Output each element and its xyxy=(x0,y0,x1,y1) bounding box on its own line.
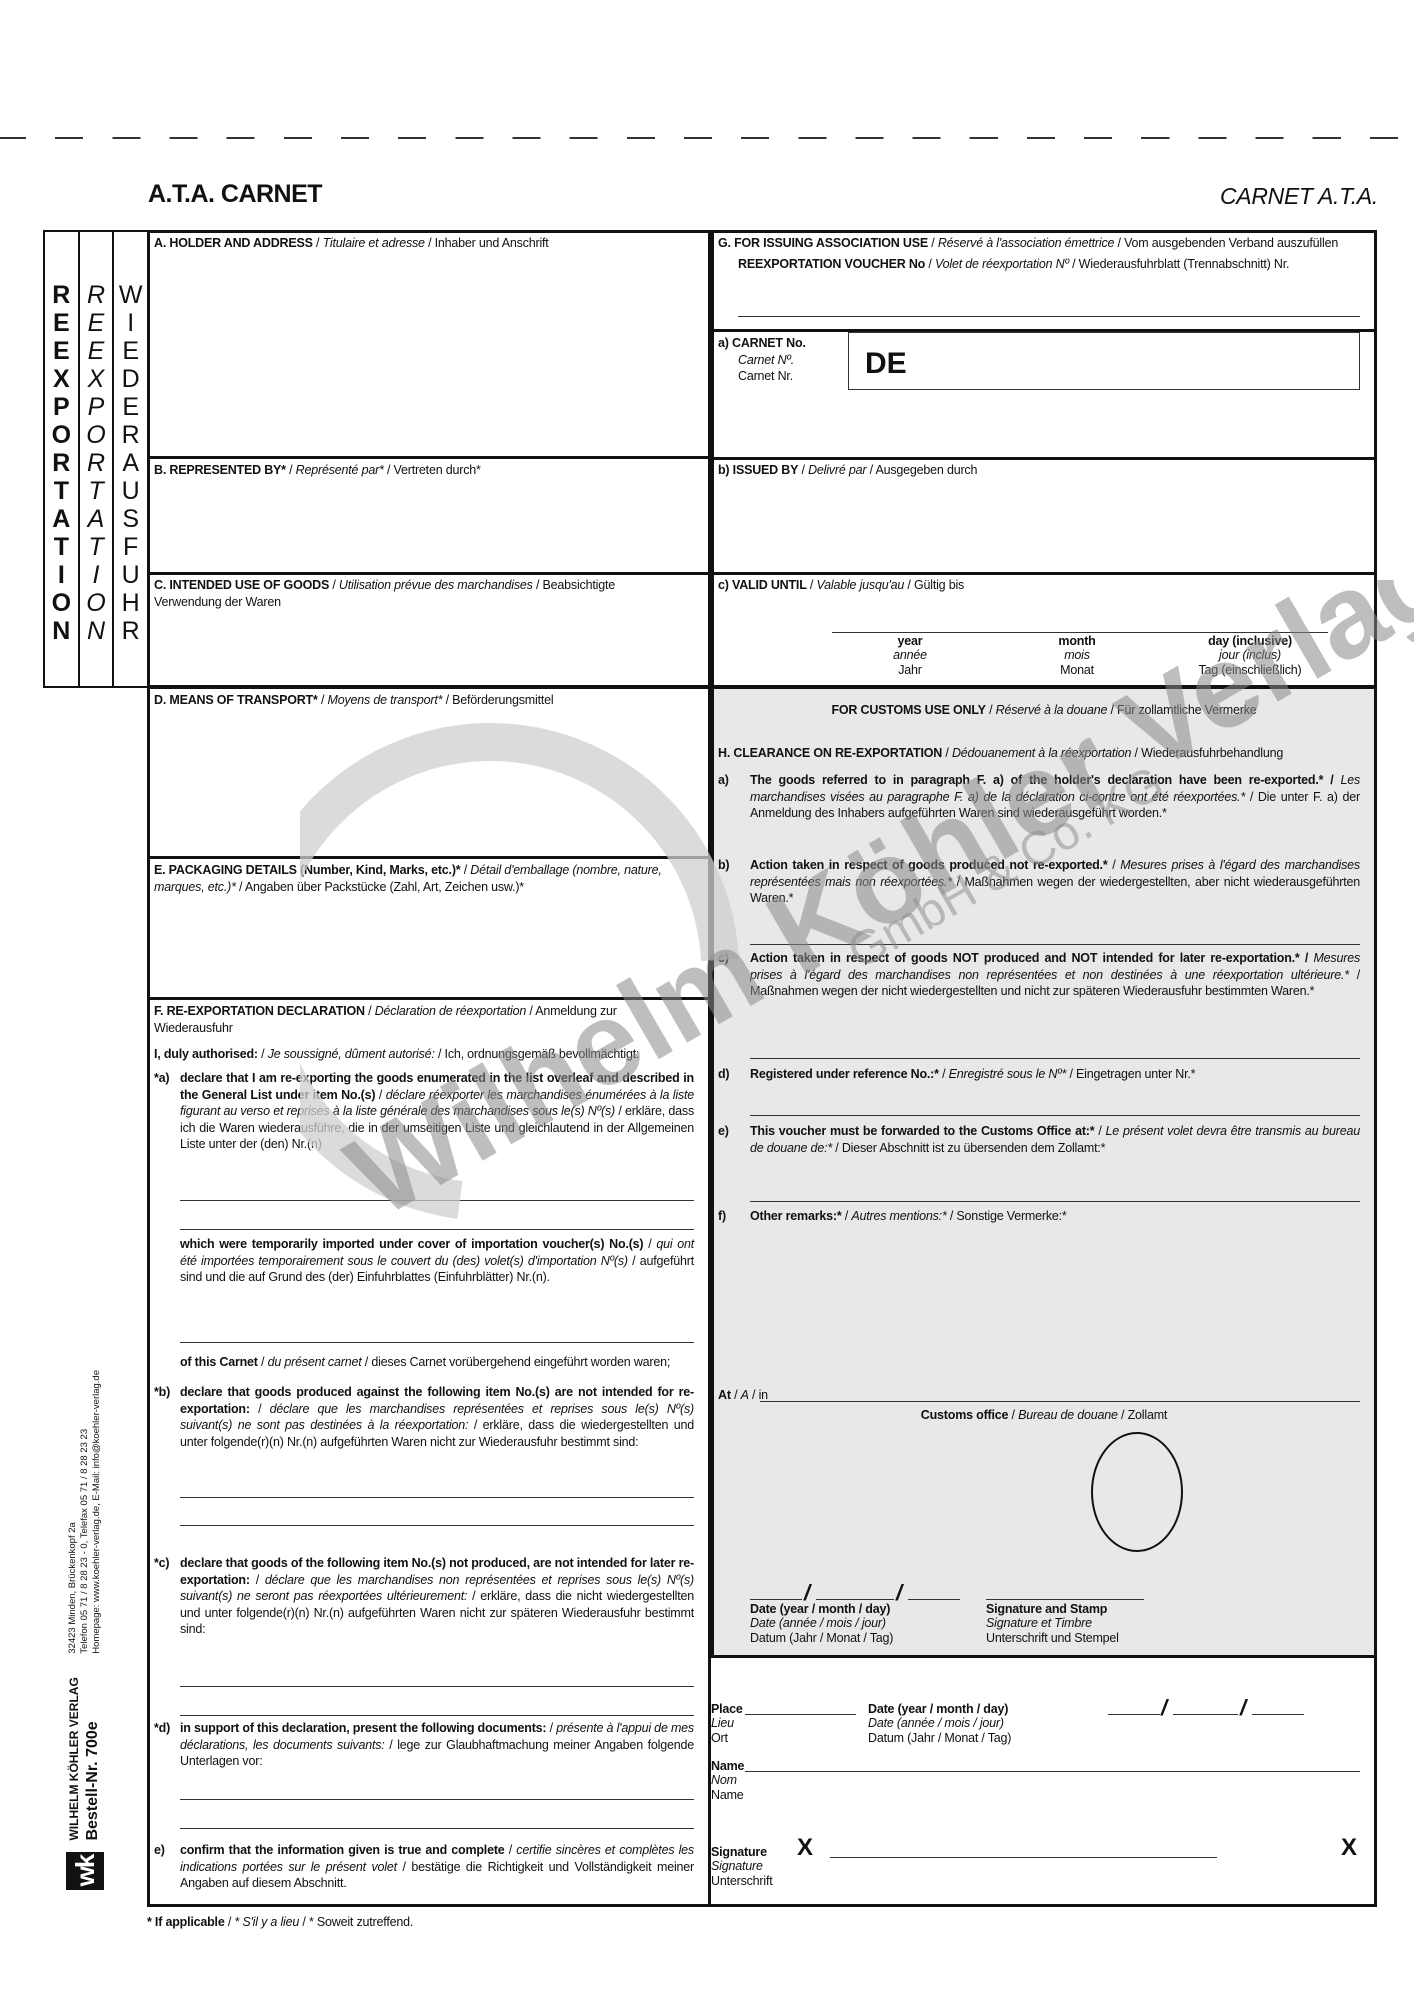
customs-use-only-heading: FOR CUSTOMS USE ONLY / Réservé à la doua… xyxy=(711,702,1377,719)
strip-letter: N xyxy=(52,617,70,645)
publisher-logo: wk xyxy=(66,1852,104,1890)
h-c-text: Action taken in respect of goods NOT pro… xyxy=(750,950,1360,1000)
h-b-text: Action taken in respect of goods produce… xyxy=(750,857,1360,907)
signature-label: SignatureSignatureUnterschrift xyxy=(711,1845,773,1888)
strip-letter: O xyxy=(52,589,71,617)
strip-letter: N xyxy=(87,617,105,645)
stamp-circle[interactable] xyxy=(1091,1432,1183,1552)
section-f-declaration: F. RE-EXPORTATION DECLARATION / Déclarat… xyxy=(154,1003,694,1036)
h-c-line[interactable] xyxy=(750,1058,1360,1059)
f-e-label: e) xyxy=(154,1842,165,1859)
section-e-packaging[interactable]: E. PACKAGING DETAILS (Number, Kind, Mark… xyxy=(154,862,694,895)
section-g-issuing: G. FOR ISSUING ASSOCIATION USE / Réservé… xyxy=(718,235,1373,252)
strip-letter: E xyxy=(53,309,70,337)
h-c-label: c) xyxy=(718,950,729,967)
valid-month-label: monthmoisMonat xyxy=(1017,634,1137,677)
strip-letter: H xyxy=(122,589,140,617)
strip-letter: E xyxy=(53,337,70,365)
signature-field[interactable] xyxy=(830,1857,1217,1858)
f-a-voucher-line[interactable] xyxy=(180,1342,694,1343)
customs-signature-field[interactable] xyxy=(986,1599,1144,1600)
at-field[interactable] xyxy=(760,1401,1360,1402)
customs-signature-label: Signature and StampSignature et TimbreUn… xyxy=(986,1602,1119,1645)
date-separator: / xyxy=(1240,1693,1246,1722)
h-d-line[interactable] xyxy=(750,1115,1360,1116)
strip-letter: F xyxy=(123,533,138,561)
h-d-label: d) xyxy=(718,1066,729,1083)
f-b-line-1[interactable] xyxy=(180,1497,694,1498)
customs-date-label: Date (year / month / day)Date (année / m… xyxy=(750,1602,893,1645)
strip-letter: W xyxy=(119,281,143,309)
footnote: * If applicable / * S'il y a lieu / * So… xyxy=(147,1914,413,1931)
f-a-import-voucher-text: which were temporarily imported under co… xyxy=(180,1236,694,1286)
strip-german: WIEDERAUSFUHR xyxy=(114,232,147,686)
page-title: A.T.A. CARNET xyxy=(148,178,322,211)
date-separator: / xyxy=(896,1578,902,1607)
strip-french: REEXPORTATION xyxy=(80,232,115,686)
h-e-label: e) xyxy=(718,1123,729,1140)
h-b-line[interactable] xyxy=(750,944,1360,945)
valid-day-label: day (inclusive)jour (inclus)Tag (einschl… xyxy=(1170,634,1330,677)
strip-letter: T xyxy=(88,477,103,505)
voucher-number-field[interactable] xyxy=(738,316,1360,317)
customs-use-box xyxy=(711,686,1377,1658)
strip-letter: O xyxy=(52,421,71,449)
strip-letter: T xyxy=(54,533,69,561)
f-a-label: *a) xyxy=(154,1070,169,1087)
h-f-label: f) xyxy=(718,1208,726,1225)
h-a-text: The goods referred to in paragraph F. a)… xyxy=(750,772,1360,822)
strip-letter: R xyxy=(122,421,140,449)
reexportation-side-strip: REEXPORTATION REEXPORTATION WIEDERAUSFUH… xyxy=(43,230,149,688)
signoff-date-label: Date (year / month / day)Date (année / m… xyxy=(868,1702,1011,1745)
section-c-intended-use[interactable]: C. INTENDED USE OF GOODS / Utilisation p… xyxy=(154,577,684,610)
valid-until-field[interactable] xyxy=(832,632,1328,633)
strip-letter: S xyxy=(122,505,139,533)
h-e-line[interactable] xyxy=(750,1201,1360,1202)
valid-year-label: yearannéeJahr xyxy=(850,634,970,677)
strip-letter: T xyxy=(54,477,69,505)
perforation-cut-line xyxy=(0,137,1414,139)
f-a-item-line-2[interactable] xyxy=(180,1229,694,1230)
place-label: PlaceLieuOrt xyxy=(711,1702,743,1745)
valid-until-label: c) VALID UNTIL / Valable jusqu'au / Gült… xyxy=(718,577,1358,594)
strip-letter: O xyxy=(86,421,105,449)
signoff-date-month-field[interactable] xyxy=(1173,1714,1238,1715)
f-b-text: declare that goods produced against the … xyxy=(180,1384,694,1450)
issued-by-label[interactable]: b) ISSUED BY / Delivré par / Ausgegeben … xyxy=(718,462,1358,479)
strip-letter: P xyxy=(53,393,70,421)
f-b-line-2[interactable] xyxy=(180,1525,694,1526)
section-b-represented-by[interactable]: B. REPRESENTED BY* / Représenté par* / V… xyxy=(154,462,704,479)
carnet-number-label: a) CARNET No. Carnet Nº. Carnet Nr. xyxy=(718,335,806,385)
customs-date-day-field[interactable] xyxy=(908,1599,960,1600)
strip-letter: P xyxy=(88,393,105,421)
f-a-of-this-carnet: of this Carnet / du présent carnet / die… xyxy=(180,1354,694,1371)
h-b-label: b) xyxy=(718,857,729,874)
name-label: NameNomName xyxy=(711,1759,744,1802)
strip-letter: D xyxy=(122,365,140,393)
strip-english: REEXPORTATION xyxy=(45,232,80,686)
strip-letter: R xyxy=(52,449,70,477)
f-c-label: *c) xyxy=(154,1555,169,1572)
carnet-number-field[interactable]: DE xyxy=(848,332,1360,390)
strip-letter: I xyxy=(93,561,100,589)
holder-sections-box xyxy=(147,230,711,688)
strip-letter: E xyxy=(122,337,139,365)
strip-letter: R xyxy=(87,281,105,309)
strip-letter: X xyxy=(53,365,70,393)
strip-letter: I xyxy=(58,561,65,589)
carnet-country-prefix: DE xyxy=(865,347,907,380)
f-e-text: confirm that the information given is tr… xyxy=(180,1842,694,1892)
f-d-line-1[interactable] xyxy=(180,1799,694,1800)
strip-letter: I xyxy=(127,309,134,337)
section-a-holder[interactable]: A. HOLDER AND ADDRESS / Titulaire et adr… xyxy=(154,235,704,252)
customs-date-year-field[interactable] xyxy=(750,1599,802,1600)
strip-letter: R xyxy=(52,281,70,309)
strip-letter: O xyxy=(86,589,105,617)
strip-letter: A xyxy=(52,505,70,533)
h-f-text: Other remarks:* / Autres mentions:* / So… xyxy=(750,1208,1360,1225)
strip-letter: X xyxy=(88,365,105,393)
holder-signoff-box xyxy=(711,1655,1377,1907)
signature-x-mark-left: X xyxy=(797,1832,813,1864)
f-b-label: *b) xyxy=(154,1384,170,1401)
f-d-line-2[interactable] xyxy=(180,1828,694,1829)
f-d-label: *d) xyxy=(154,1720,170,1737)
f-a-item-line-1[interactable] xyxy=(180,1200,694,1201)
f-c-text: declare that goods of the following item… xyxy=(180,1555,694,1638)
strip-letter: A xyxy=(122,449,139,477)
signoff-date-year-field[interactable] xyxy=(1108,1714,1160,1715)
page-title-fr: CARNET A.T.A. xyxy=(1220,181,1378,211)
h-e-text: This voucher must be forwarded to the Cu… xyxy=(750,1123,1360,1156)
publisher-imprint: wk WILHELM KÖHLER VERLAG Bestell-Nr. 700… xyxy=(66,1370,104,1890)
h-d-text: Registered under reference No.:* / Enreg… xyxy=(750,1066,1360,1083)
strip-letter: E xyxy=(88,337,105,365)
section-h-clearance: H. CLEARANCE ON RE-EXPORTATION / Dédouan… xyxy=(718,745,1368,762)
strip-letter: T xyxy=(88,533,103,561)
f-c-line-1[interactable] xyxy=(180,1686,694,1687)
date-separator: / xyxy=(1161,1693,1167,1722)
f-a-text: declare that I am re-exporting the goods… xyxy=(180,1070,694,1153)
strip-letter: E xyxy=(122,393,139,421)
strip-letter: R xyxy=(87,449,105,477)
signature-x-mark-right: X xyxy=(1341,1832,1357,1864)
f-c-line-2[interactable] xyxy=(180,1715,694,1716)
strip-letter: U xyxy=(122,477,140,505)
strip-letter: R xyxy=(122,617,140,645)
strip-letter: E xyxy=(88,309,105,337)
f-d-text: in support of this declaration, present … xyxy=(180,1720,694,1770)
strip-letter: U xyxy=(122,561,140,589)
place-field[interactable] xyxy=(745,1714,856,1715)
customs-date-month-field[interactable] xyxy=(816,1599,894,1600)
voucher-number-label: REEXPORTATION VOUCHER No / Volet de réex… xyxy=(738,256,1368,273)
strip-letter: A xyxy=(88,505,105,533)
name-field[interactable] xyxy=(745,1771,1360,1772)
signoff-date-day-field[interactable] xyxy=(1252,1714,1304,1715)
customs-office-label: Customs office / Bureau de douane / Zoll… xyxy=(711,1407,1377,1424)
section-d-transport[interactable]: D. MEANS OF TRANSPORT* / Moyens de trans… xyxy=(154,692,704,709)
h-a-label: a) xyxy=(718,772,729,789)
duly-authorised: I, duly authorised: / Je soussigné, dûme… xyxy=(154,1046,694,1063)
